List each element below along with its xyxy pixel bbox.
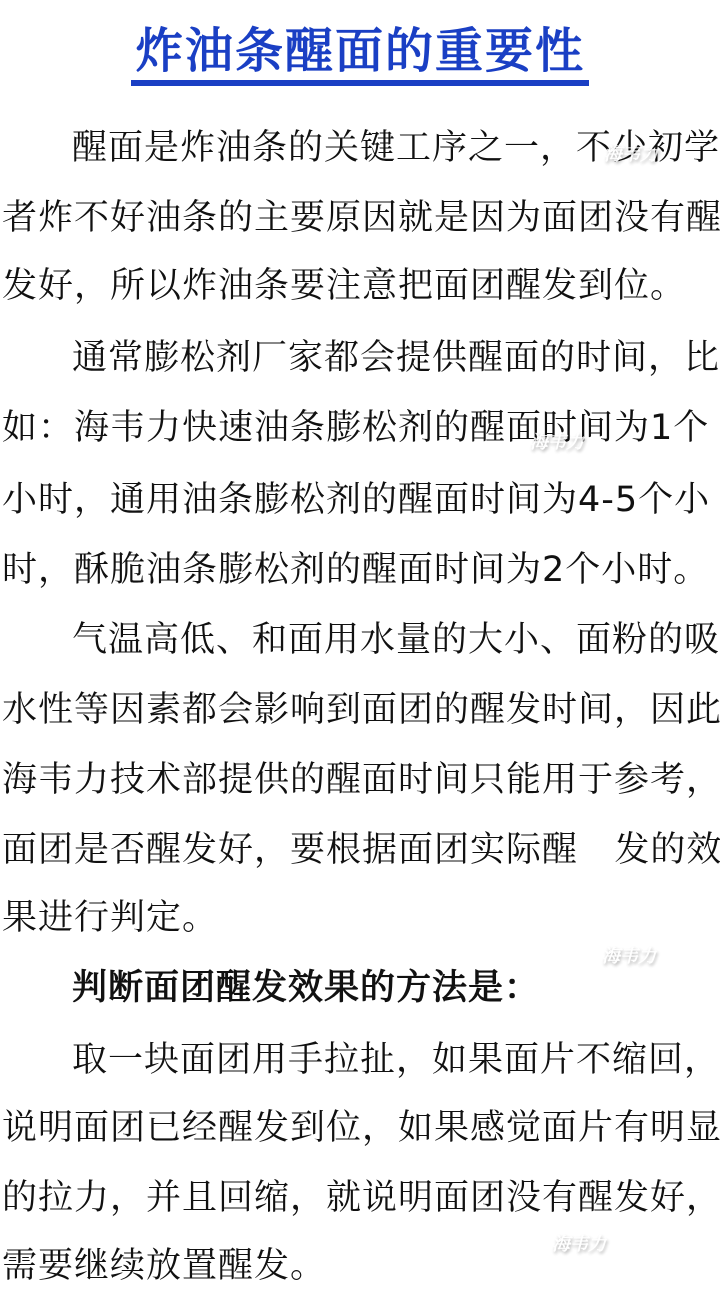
watermark-logo: 海韦力: [604, 140, 658, 166]
paragraph-3-line-5: 果进行判定。: [2, 898, 218, 938]
paragraph-3-line-4: 面团是否醒发好，要根据面团实际醒 发的效: [2, 830, 720, 870]
watermark-logo: 海韦力: [552, 1230, 606, 1256]
paragraph-2-line-1: 通常膨松剂厂家都会提供醒面的时间，比: [72, 338, 720, 378]
title-block: 炸油条醒面的重要性: [0, 22, 720, 86]
section-heading: 判断面团醒发效果的方法是：: [72, 968, 540, 1008]
paragraph-2-line-3: 小时，通用油条膨松剂的醒面时间为4-5个小: [2, 480, 710, 520]
paragraph-4-line-4: 需要继续放置醒发。: [2, 1246, 326, 1286]
paragraph-2-line-2: 如：海韦力快速油条膨松剂的醒面时间为1个: [2, 408, 709, 448]
paragraph-3-line-2: 水性等因素都会影响到面团的醒发时间，因此: [2, 690, 720, 730]
paragraph-2-line-4: 时，酥脆油条膨松剂的醒面时间为2个小时。: [2, 550, 709, 590]
paragraph-1-line-2: 者炸不好油条的主要原因就是因为面团没有醒: [2, 198, 720, 238]
paragraph-4-line-1: 取一块面团用手拉扯，如果面片不缩回，: [72, 1040, 720, 1080]
paragraph-3-line-1: 气温高低、和面用水量的大小、面粉的吸: [72, 620, 720, 660]
watermark-logo: 海韦力: [530, 428, 584, 454]
paragraph-4-line-3: 的拉力，并且回缩，就说明面团没有醒发好，: [2, 1178, 720, 1218]
watermark-logo: 海韦力: [602, 942, 656, 968]
paragraph-4-line-2: 说明面团已经醒发到位，如果感觉面片有明显: [2, 1108, 720, 1148]
paragraph-1-line-3: 发好，所以炸油条要注意把面团醒发到位。: [2, 266, 686, 306]
paragraph-3-line-3: 海韦力技术部提供的醒面时间只能用于参考，: [2, 760, 720, 800]
page-title: 炸油条醒面的重要性: [131, 22, 589, 86]
